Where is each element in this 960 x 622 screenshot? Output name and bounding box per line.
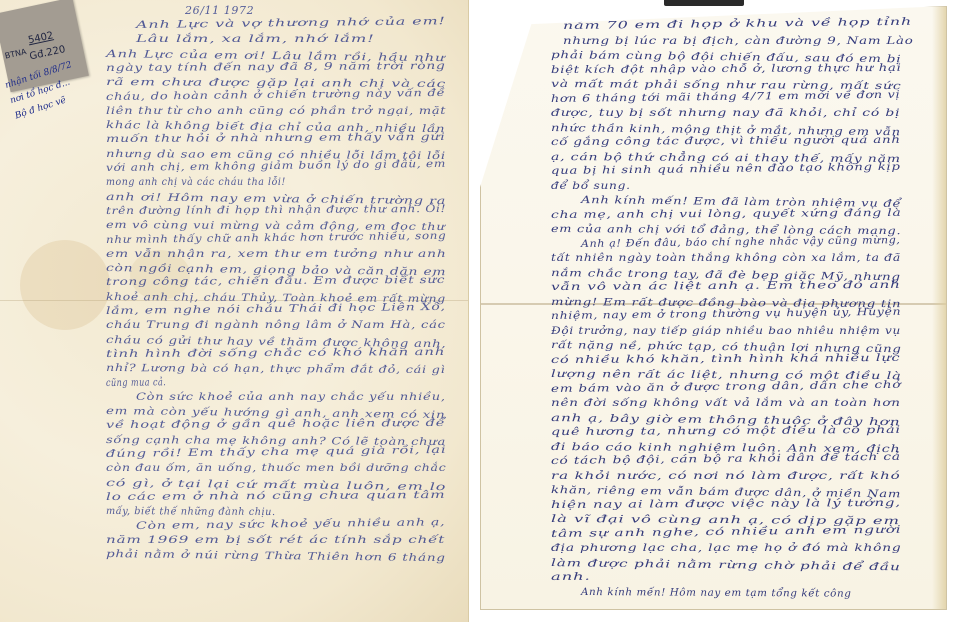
handwritten-line: qua bị hi sinh quá nhiều nên đào tạo khô…: [551, 162, 901, 177]
handwritten-line: muốn thư hỏi ở nhà nhưng em thấy vẫn gửi: [106, 132, 446, 145]
handwritten-line: quê hương ta, nhưng có một điều là có ph…: [551, 425, 901, 438]
handwritten-line: hiện nay ai làm được việc này là lý tưởn…: [551, 497, 901, 510]
handwritten-line: biệt kích đột nhập vào chỗ ở, lương thực…: [551, 62, 902, 75]
handwritten-line: ra khỏi nước, có nơi nó làm được, rất kh…: [551, 471, 901, 482]
archive-label-prefix: BTNA: [4, 46, 28, 62]
handwritten-line: nhỉ? Lương bà có hạn, thực phẩm đắt đỏ, …: [106, 363, 445, 376]
handwritten-line: Còn em, nay sức khoẻ yếu nhiều anh ạ,: [136, 517, 446, 532]
handwritten-line: ngày tay tính đến nay đã 8, 9 năm trời r…: [106, 61, 446, 74]
paper-stain: [20, 240, 110, 330]
handwritten-line: vẫn vô vàn ác liệt anh ạ. Em theo đó anh: [551, 280, 901, 293]
handwritten-line: Anh ạ! Đến đâu, báo chí nghe nhắc vậy cũ…: [581, 235, 901, 250]
handwritten-line: lắm, em nghe nói cháu Thái đi học Liên X…: [106, 302, 446, 317]
handwritten-line: mấy, biết thế những đành chịu.: [106, 506, 276, 518]
handwritten-line: nhiệm, nay em ở trong thường vụ huyện ủy…: [551, 307, 901, 322]
handwritten-line: còn đau ốm, ăn uống, thuốc men bồi dưỡng…: [106, 463, 446, 474]
handwritten-line: tất nhiên ngày toàn thắng không còn xa l…: [551, 253, 901, 264]
handwritten-line: em vẫn nhận ra, xem thư em tưởng như anh: [106, 249, 447, 260]
handwritten-line: năm 70 em đi họp ở khu và về họp tỉnh: [563, 17, 912, 32]
handwritten-line: cũng mua cả.: [106, 377, 166, 389]
handwritten-line: tâm sự anh nghe, có nhiều anh em người: [551, 524, 902, 539]
handwritten-line: nên đời sống không vất vả lắm và an toàn…: [551, 398, 901, 409]
handwritten-line: có nhiều khó khăn, tình hình khá nhiều l…: [551, 352, 900, 365]
handwritten-line: hơn 6 tháng tới mãi tháng 4/71 em mới về…: [551, 89, 901, 104]
handwritten-line: cha mẹ, anh chị vui lòng, quyết xứng đán…: [551, 207, 902, 220]
handwritten-line: làm được phải nằm rừng chờ phải để đầu: [551, 558, 901, 573]
tape-strip: [664, 0, 744, 6]
handwritten-line: Còn sức khoẻ của anh nay chắc yếu nhiều,: [136, 392, 446, 403]
handwritten-line: Anh kính mến! Hôm nay em tạm tổng kết cô…: [581, 587, 851, 600]
handwritten-line: về hoạt động ở gần quê hoặc liên được để: [106, 418, 446, 431]
handwritten-line: địa phương lạc cha, lạc mẹ họ ở đó mà kh…: [551, 543, 902, 554]
handwritten-line: anh.: [551, 572, 591, 583]
handwritten-line: liên thư từ cho anh cũng có phần trở ngạ…: [106, 106, 446, 117]
handwritten-line: có tách bộ đội, cán bộ ra khỏi dân để tá…: [551, 452, 901, 467]
handwritten-line: phải nằm ở núi rừng Thừa Thiên hơn 6 thá…: [106, 549, 446, 564]
handwritten-line: được, tuy bị sốt nhưng nay đã khỏi, chỉ …: [551, 108, 900, 119]
letter-date: 26/11 1972: [185, 4, 254, 17]
handwritten-line: Lâu lắm, xa lắm, nhớ lắm!: [136, 34, 375, 45]
letter-page-left: BTNA 5402 Gđ.220 nhận tối 8/8/72 nơi tổ …: [0, 0, 469, 622]
handwritten-line: để bổ sung.: [551, 181, 631, 192]
handwritten-line: Đội trưởng, nay tiếp giáp nhiều bao nhiê…: [551, 326, 901, 337]
handwritten-line: Anh Lực và vợ thương nhớ của em!: [136, 16, 446, 31]
paper-torn-edge: [932, 7, 946, 609]
handwritten-line: lo các em ở nhà nó cũng chưa quan tâm: [106, 490, 446, 503]
handwritten-line: cố gắng công tác được, vì thiếu người qu…: [551, 135, 901, 148]
handwritten-line: năm 1969 em bị sốt rét ác tính sắp chết: [106, 535, 445, 546]
handwritten-line: đúng rồi! Em thấy cha mẹ quá già rồi, lạ…: [106, 445, 447, 460]
handwritten-line: như mình thấy chữ anh khác hơn trước nhi…: [106, 230, 447, 245]
letter-page-right: năm 70 em đi họp ở khu và về họp tỉnhnhư…: [480, 6, 947, 610]
handwritten-line: cháu, do hoàn cảnh ở chiến trường này vấ…: [106, 87, 446, 102]
handwritten-line: cháu Trung đi ngành nông lâm ở Nam Hà, c…: [106, 320, 446, 331]
handwritten-line: tình hình đời sống chắc có khó khăn anh: [106, 347, 445, 360]
handwritten-line: trong công tác, chiến đấu. Em được biết …: [106, 275, 445, 288]
handwritten-line: trên đường lính đi họp thì nhận được thư…: [106, 204, 446, 217]
handwritten-line: nhưng bị lúc ra bị địch, càn đường 9, Na…: [563, 36, 914, 47]
handwritten-line: với anh chị, em không giảm buồn lý do gì…: [106, 159, 446, 174]
handwritten-line: mong anh chị và các cháu tha lỗi!: [106, 177, 286, 188]
archive-label-number-top: 5402: [27, 30, 54, 47]
handwritten-line: em bám vào ăn ở được trong dân, dân che …: [551, 379, 901, 394]
